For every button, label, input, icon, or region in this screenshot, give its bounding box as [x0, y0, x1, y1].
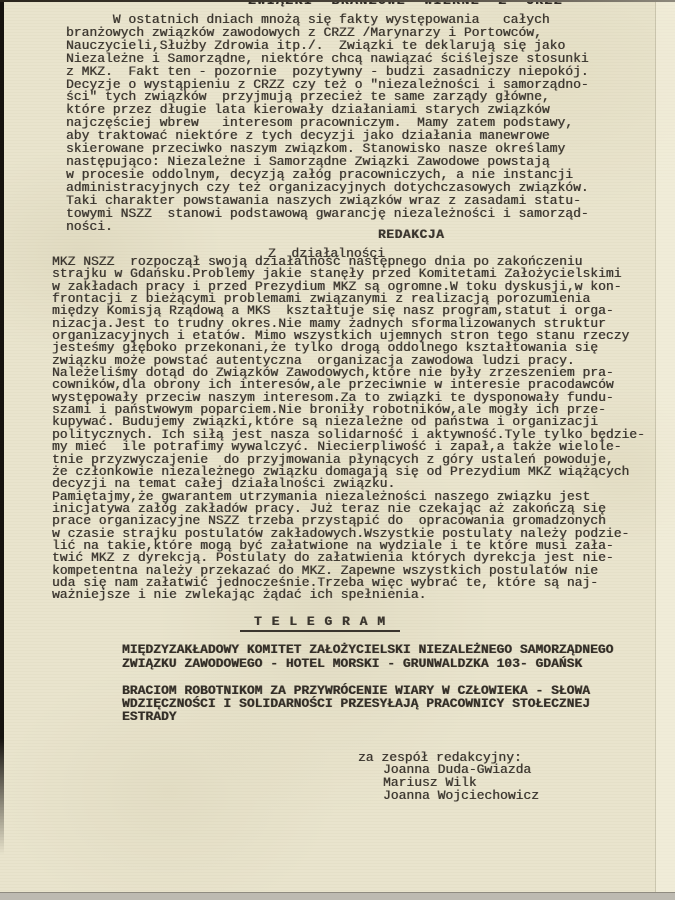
scan-left-edge — [0, 0, 4, 900]
scan-top-edge — [0, 0, 675, 2]
activity-paragraph: MKZ NSZZ rozpoczął swoją działalność nas… — [52, 256, 645, 602]
redakcja-heading: REDAKCJA — [378, 227, 444, 242]
telegram-heading: T E L E G R A M — [240, 614, 400, 632]
paper-right-edge-strip — [656, 0, 675, 893]
signature-names: Joanna Duda-Gwiazda Mariusz Wilk Joanna … — [383, 763, 539, 803]
scanned-typewritten-page: { "document": { "header_partial": "ZWIĄZ… — [0, 0, 675, 900]
telegram-address: MIĘDZYZAKŁADOWY KOMITET ZAŁOŻYCIELSKI NI… — [122, 643, 613, 670]
intro-paragraph: W ostatnich dniach mnożą się fakty wystę… — [66, 14, 589, 233]
scan-bottom-edge-band — [0, 892, 675, 900]
telegram-body: BRACIOM ROBOTNIKOM ZA PRZYWRÓCENIE WIARY… — [122, 684, 590, 724]
